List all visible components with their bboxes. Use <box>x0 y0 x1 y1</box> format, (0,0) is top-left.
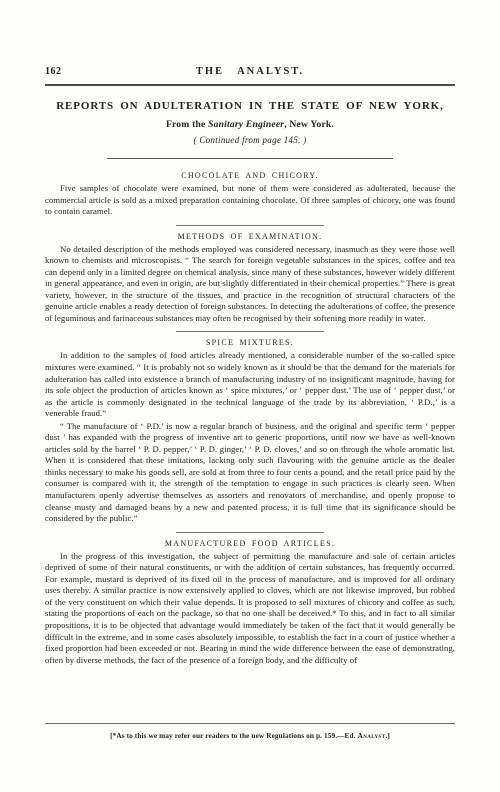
section-methods-of-examination: METHODS OF EXAMINATION. No detailed desc… <box>45 232 455 325</box>
footnote-suffix: .] <box>385 731 389 740</box>
journal-page: 162 THE ANALYST. REPORTS ON ADULTERATION… <box>0 0 500 792</box>
continued-note: ( Continued from page 145. ) <box>45 135 455 145</box>
body-paragraph: In the progress of this investigation, t… <box>45 551 455 666</box>
footnote-rule <box>45 723 455 724</box>
section-heading: MANUFACTURED FOOD ARTICLES. <box>45 539 455 548</box>
section-divider <box>176 331 324 332</box>
section-divider <box>176 225 324 226</box>
body-paragraph: “ The manufacture of ‘ P.D.’ is now a re… <box>45 421 455 525</box>
footnote-block: [*As to this we may refer our readers to… <box>45 723 455 740</box>
source-journal-name: Sanitary Engineer <box>208 119 284 130</box>
article-source: From the Sanitary Engineer, New York. <box>45 119 455 130</box>
section-divider <box>176 532 324 533</box>
body-paragraph: No detailed description of the methods e… <box>45 244 455 325</box>
section-heading: CHOCOLATE AND CHICORY. <box>45 171 455 180</box>
source-prefix: From the <box>166 119 208 130</box>
title-divider <box>107 158 393 159</box>
running-head: 162 THE ANALYST. <box>45 0 455 77</box>
body-paragraph: In addition to the samples of food artic… <box>45 350 455 419</box>
footnote-text: [*As to this we may refer our readers to… <box>45 731 455 740</box>
section-chocolate-chicory: CHOCOLATE AND CHICORY. Five samples of c… <box>45 171 455 218</box>
page-number: 162 <box>45 66 62 77</box>
section-heading: SPICE MIXTURES. <box>45 338 455 347</box>
article-title: REPORTS ON ADULTERATION IN THE STATE OF … <box>45 100 455 112</box>
header-rule <box>45 84 455 86</box>
footnote-prefix: [*As to this we may refer our readers to… <box>110 731 357 740</box>
section-manufactured-food-articles: MANUFACTURED FOOD ARTICLES. In the progr… <box>45 539 455 666</box>
journal-title: THE ANALYST. <box>196 66 304 77</box>
page-content: 162 THE ANALYST. REPORTS ON ADULTERATION… <box>0 0 500 666</box>
source-suffix: , New York. <box>284 119 334 130</box>
section-heading: METHODS OF EXAMINATION. <box>45 232 455 241</box>
footnote-editor-name: Analyst <box>358 731 386 740</box>
section-spice-mixtures: SPICE MIXTURES. In addition to the sampl… <box>45 338 455 524</box>
body-paragraph: Five samples of chocolate were examined,… <box>45 183 455 218</box>
